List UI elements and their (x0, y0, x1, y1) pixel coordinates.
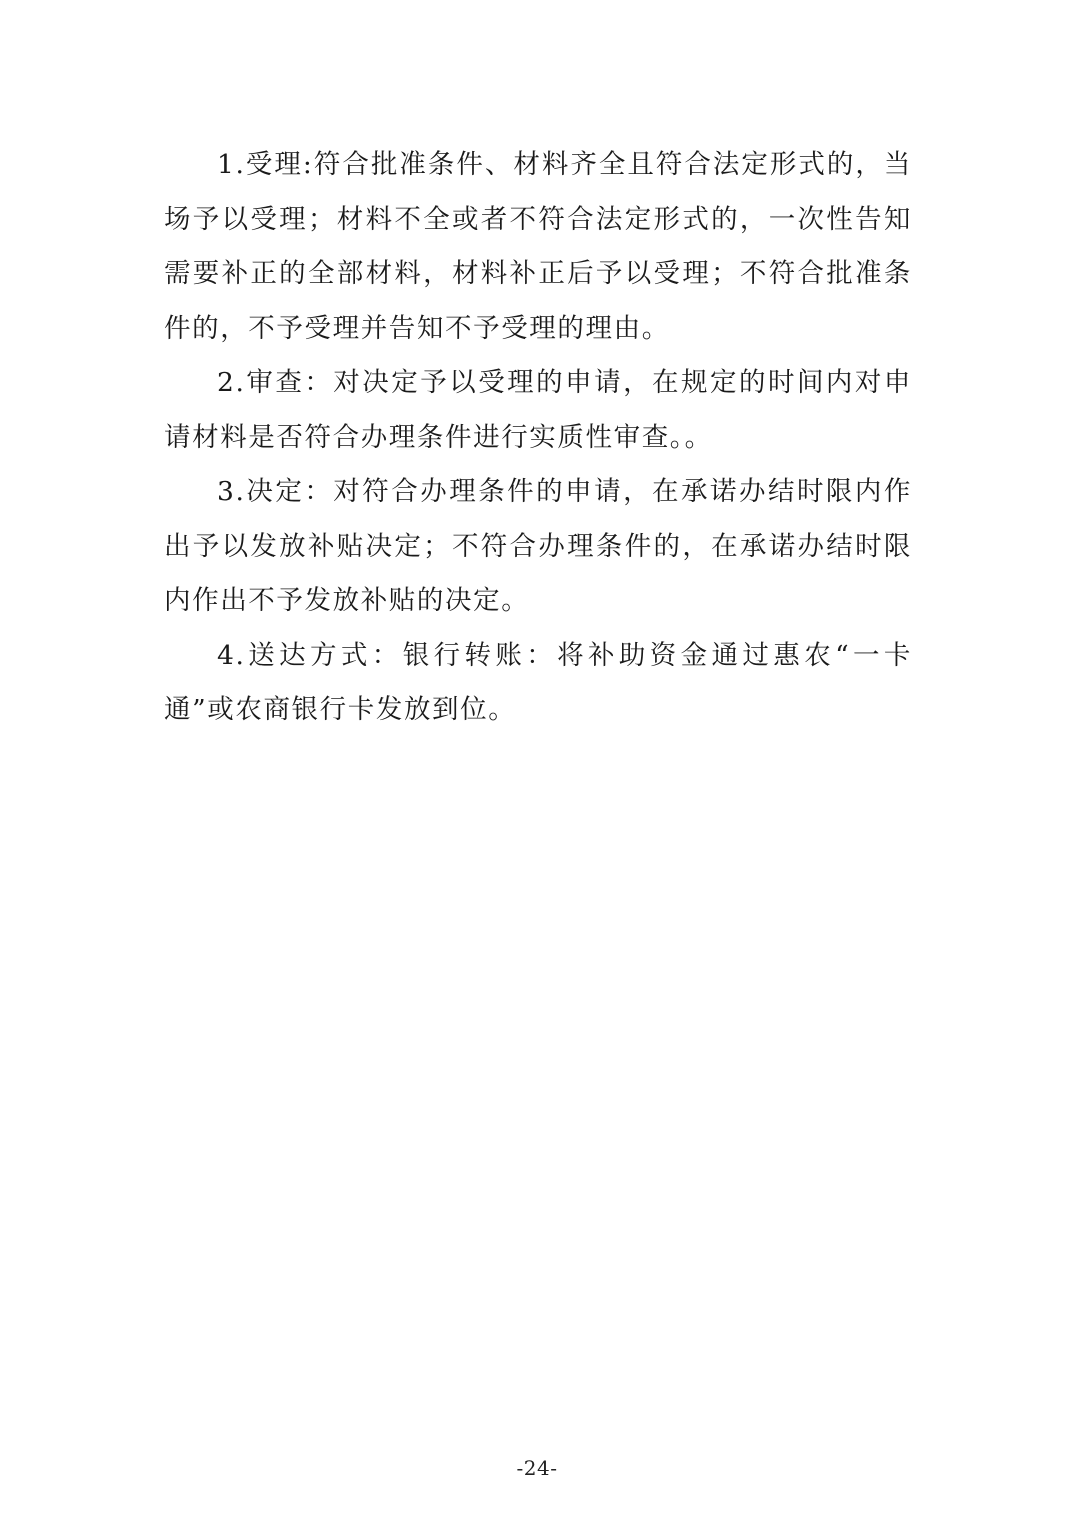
paragraph-review: 2.审查：对决定予以受理的申请，在规定的时间内对申请材料是否符合办理条件进行实质… (164, 356, 912, 465)
document-body: 1.受理:符合批准条件、材料齐全且符合法定形式的，当场予以受理；材料不全或者不符… (164, 138, 912, 738)
paragraph-acceptance: 1.受理:符合批准条件、材料齐全且符合法定形式的，当场予以受理；材料不全或者不符… (164, 138, 912, 356)
page-number: -24- (0, 1456, 1074, 1480)
paragraph-delivery-method: 4.送达方式：银行转账：将补助资金通过惠农“一卡通”或农商银行卡发放到位。 (164, 629, 912, 738)
paragraph-decision: 3.决定：对符合办理条件的申请，在承诺办结时限内作出予以发放补贴决定；不符合办理… (164, 465, 912, 629)
